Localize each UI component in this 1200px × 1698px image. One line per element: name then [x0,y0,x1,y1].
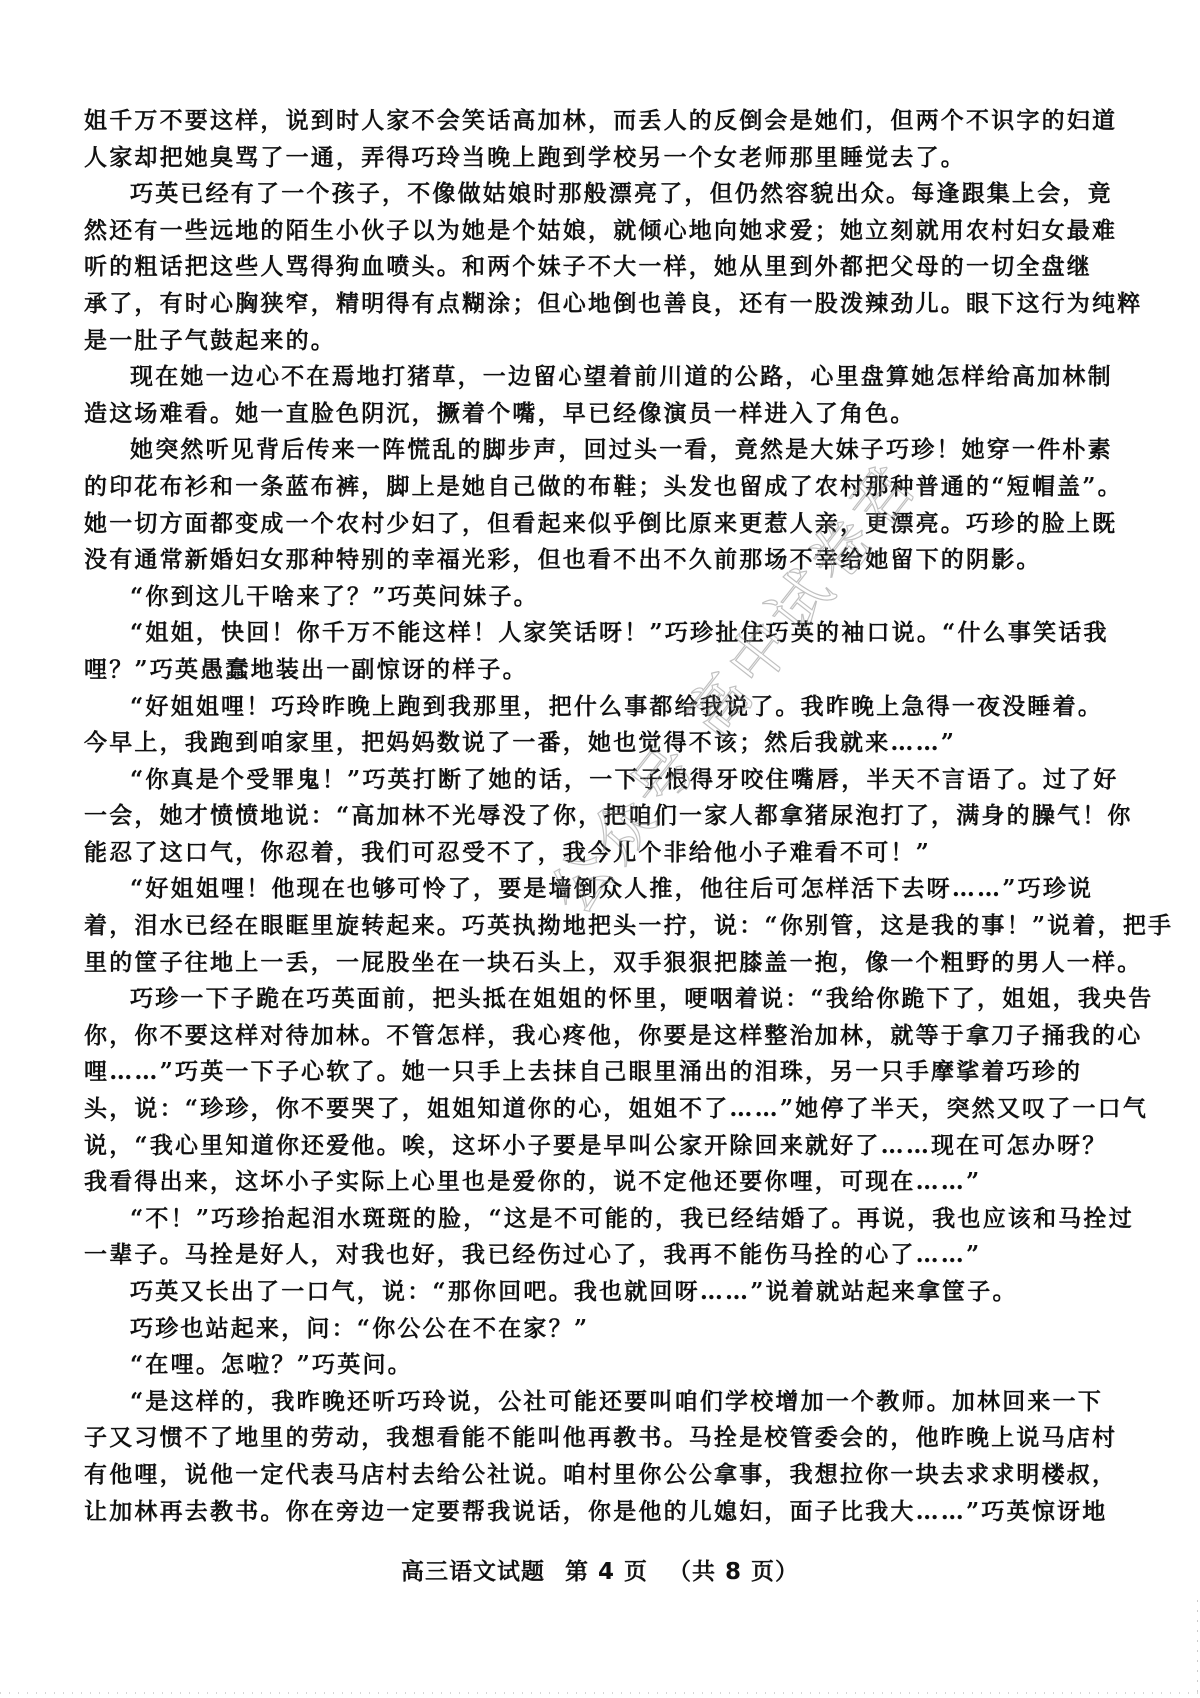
text-line: “不！”巧珍抬起泪水斑斑的脸，“这是不可能的，我已经结婚了。再说，我也应该和马拴… [84,1201,1036,1238]
scan-noise-bottom [0,1692,1200,1694]
text-line: 是一肚子气鼓起来的。 [84,323,1036,360]
text-line: 巧珍也站起来，问：“你公公在不在家？” [84,1311,1036,1348]
scan-noise-edge [1197,1600,1198,1692]
text-line: “好姐姐哩！巧玲昨晚上跑到我那里，把什么事都给我说了。我昨晚上急得一夜没睡着。 [84,689,1036,726]
footer-subject: 高三语文试题 [401,1559,545,1585]
text-line: 然还有一些远地的陌生小伙子以为她是个姑娘，就倾心地向她求爱；她立刻就用农村妇女最… [84,213,1036,250]
footer-page-number: 第 4 页 [565,1559,648,1585]
text-line: “是这样的，我昨晚还听巧玲说，公社可能还要叫咱们学校增加一个教师。加林回来一下 [84,1384,1036,1421]
text-line: 姐千万不要这样，说到时人家不会笑话高加林，而丢人的反倒会是她们，但两个不识字的妇… [84,103,1036,140]
text-line: 现在她一边心不在焉地打猪草，一边留心望着前川道的公路，心里盘算她怎样给高加林制 [84,359,1036,396]
passage-text: 姐千万不要这样，说到时人家不会笑话高加林，而丢人的反倒会是她们，但两个不识字的妇… [84,103,1036,1530]
text-line: “姐姐，快回！你千万不能这样！人家笑话呀！”巧珍扯住巧英的袖口说。“什么事笑话我 [84,615,1036,652]
text-line: “好姐姐哩！他现在也够可怜了，要是墙倒众人推，他往后可怎样活下去呀……”巧珍说 [84,871,1036,908]
text-line: “在哩。怎啦？”巧英问。 [84,1347,1036,1384]
text-line: 头，说：“珍珍，你不要哭了，姐姐知道你的心，姐姐不了……”她停了半天，突然又叹了… [84,1091,1036,1128]
text-line: 你，你不要这样对待加林。不管怎样，我心疼他，你要是这样整治加林，就等于拿刀子捅我… [84,1018,1036,1055]
text-line: 子又习惯不了地里的劳动，我想看能不能叫他再教书。马拴是校管委会的，他昨晚上说马店… [84,1420,1036,1457]
text-line: 里的筐子往地上一丢，一屁股坐在一块石头上，双手狠狠把膝盖一抱，像一个粗野的男人一… [84,945,1036,982]
text-line: 听的粗话把这些人骂得狗血喷头。和两个妹子不大一样，她从里到外都把父母的一切全盘继 [84,249,1036,286]
text-line: 她一切方面都变成一个农村少妇了，但看起来似乎倒比原来更惹人亲，更漂亮。巧珍的脸上… [84,506,1036,543]
text-line: 着，泪水已经在眼眶里旋转起来。巧英执拗地把头一拧，说：“你别管，这是我的事！”说… [84,908,1036,945]
text-line: 人家却把她臭骂了一通，弄得巧玲当晚上跑到学校另一个女老师那里睡觉去了。 [84,140,1036,177]
footer-page-total: （共 8 页） [668,1559,799,1585]
text-line: 一辈子。马拴是好人，对我也好，我已经伤过心了，我再不能伤马拴的心了……” [84,1237,1036,1274]
text-line: 的印花布衫和一条蓝布裤，脚上是她自己做的布鞋；头发也留成了农村那种普通的“短帽盖… [84,469,1036,506]
text-line: 有他哩，说他一定代表马店村去给公社说。咱村里你公公拿事，我想拉你一块去求求明楼叔… [84,1457,1036,1494]
text-line: 哩……”巧英一下子心软了。她一只手上去抹自己眼里涌出的泪珠，另一只手摩挲着巧珍的 [84,1054,1036,1091]
text-line: 造这场难看。她一直脸色阴沉，撅着个嘴，早已经像演员一样进入了角色。 [84,396,1036,433]
text-line: 说，“我心里知道你还爱他。唉，这坏小子要是早叫公家开除回来就好了……现在可怎办呀… [84,1128,1036,1165]
text-line: 巧英又长出了一口气，说：“那你回吧。我也就回呀……”说着就站起来拿筐子。 [84,1274,1036,1311]
text-line: 今早上，我跑到咱家里，把妈妈数说了一番，她也觉得不该；然后我就来……” [84,725,1036,762]
text-line: 巧英已经有了一个孩子，不像做姑娘时那般漂亮了，但仍然容貌出众。每逢跟集上会，竟 [84,176,1036,213]
exam-page: 姐千万不要这样，说到时人家不会笑话高加林，而丢人的反倒会是她们，但两个不识字的妇… [0,0,1200,1698]
page-footer: 高三语文试题第 4 页（共 8 页） [0,1553,1200,1586]
text-line: 哩？”巧英愚蠢地装出一副惊讶的样子。 [84,652,1036,689]
text-line: 能忍了这口气，你忍着，我们可忍受不了，我今儿个非给他小子难看不可！” [84,835,1036,872]
text-line: 我看得出来，这坏小子实际上心里也是爱你的，说不定他还要你哩，可现在……” [84,1164,1036,1201]
text-line: 巧珍一下子跪在巧英面前，把头抵在姐姐的怀里，哽咽着说：“我给你跪下了，姐姐，我央… [84,981,1036,1018]
text-line: 她突然听见背后传来一阵慌乱的脚步声，回过头一看，竟然是大妹子巧珍！她穿一件朴素 [84,432,1036,469]
text-line: 没有通常新婚妇女那种特别的幸福光彩，但也看不出不久前那场不幸给她留下的阴影。 [84,542,1036,579]
text-line: 让加林再去教书。你在旁边一定要帮我说话，你是他的儿媳妇，面子比我大……”巧英惊讶… [84,1494,1036,1531]
text-line: “你真是个受罪鬼！”巧英打断了她的话，一下子恨得牙咬住嘴唇，半天不言语了。过了好 [84,762,1036,799]
text-line: 一会，她才愤愤地说：“高加林不光辱没了你，把咱们一家人都拿猪尿泡打了，满身的臊气… [84,798,1036,835]
text-line: “你到这儿干啥来了？”巧英问妹子。 [84,579,1036,616]
text-line: 承了，有时心胸狭窄，精明得有点糊涂；但心地倒也善良，还有一股泼辣劲儿。眼下这行为… [84,286,1036,323]
